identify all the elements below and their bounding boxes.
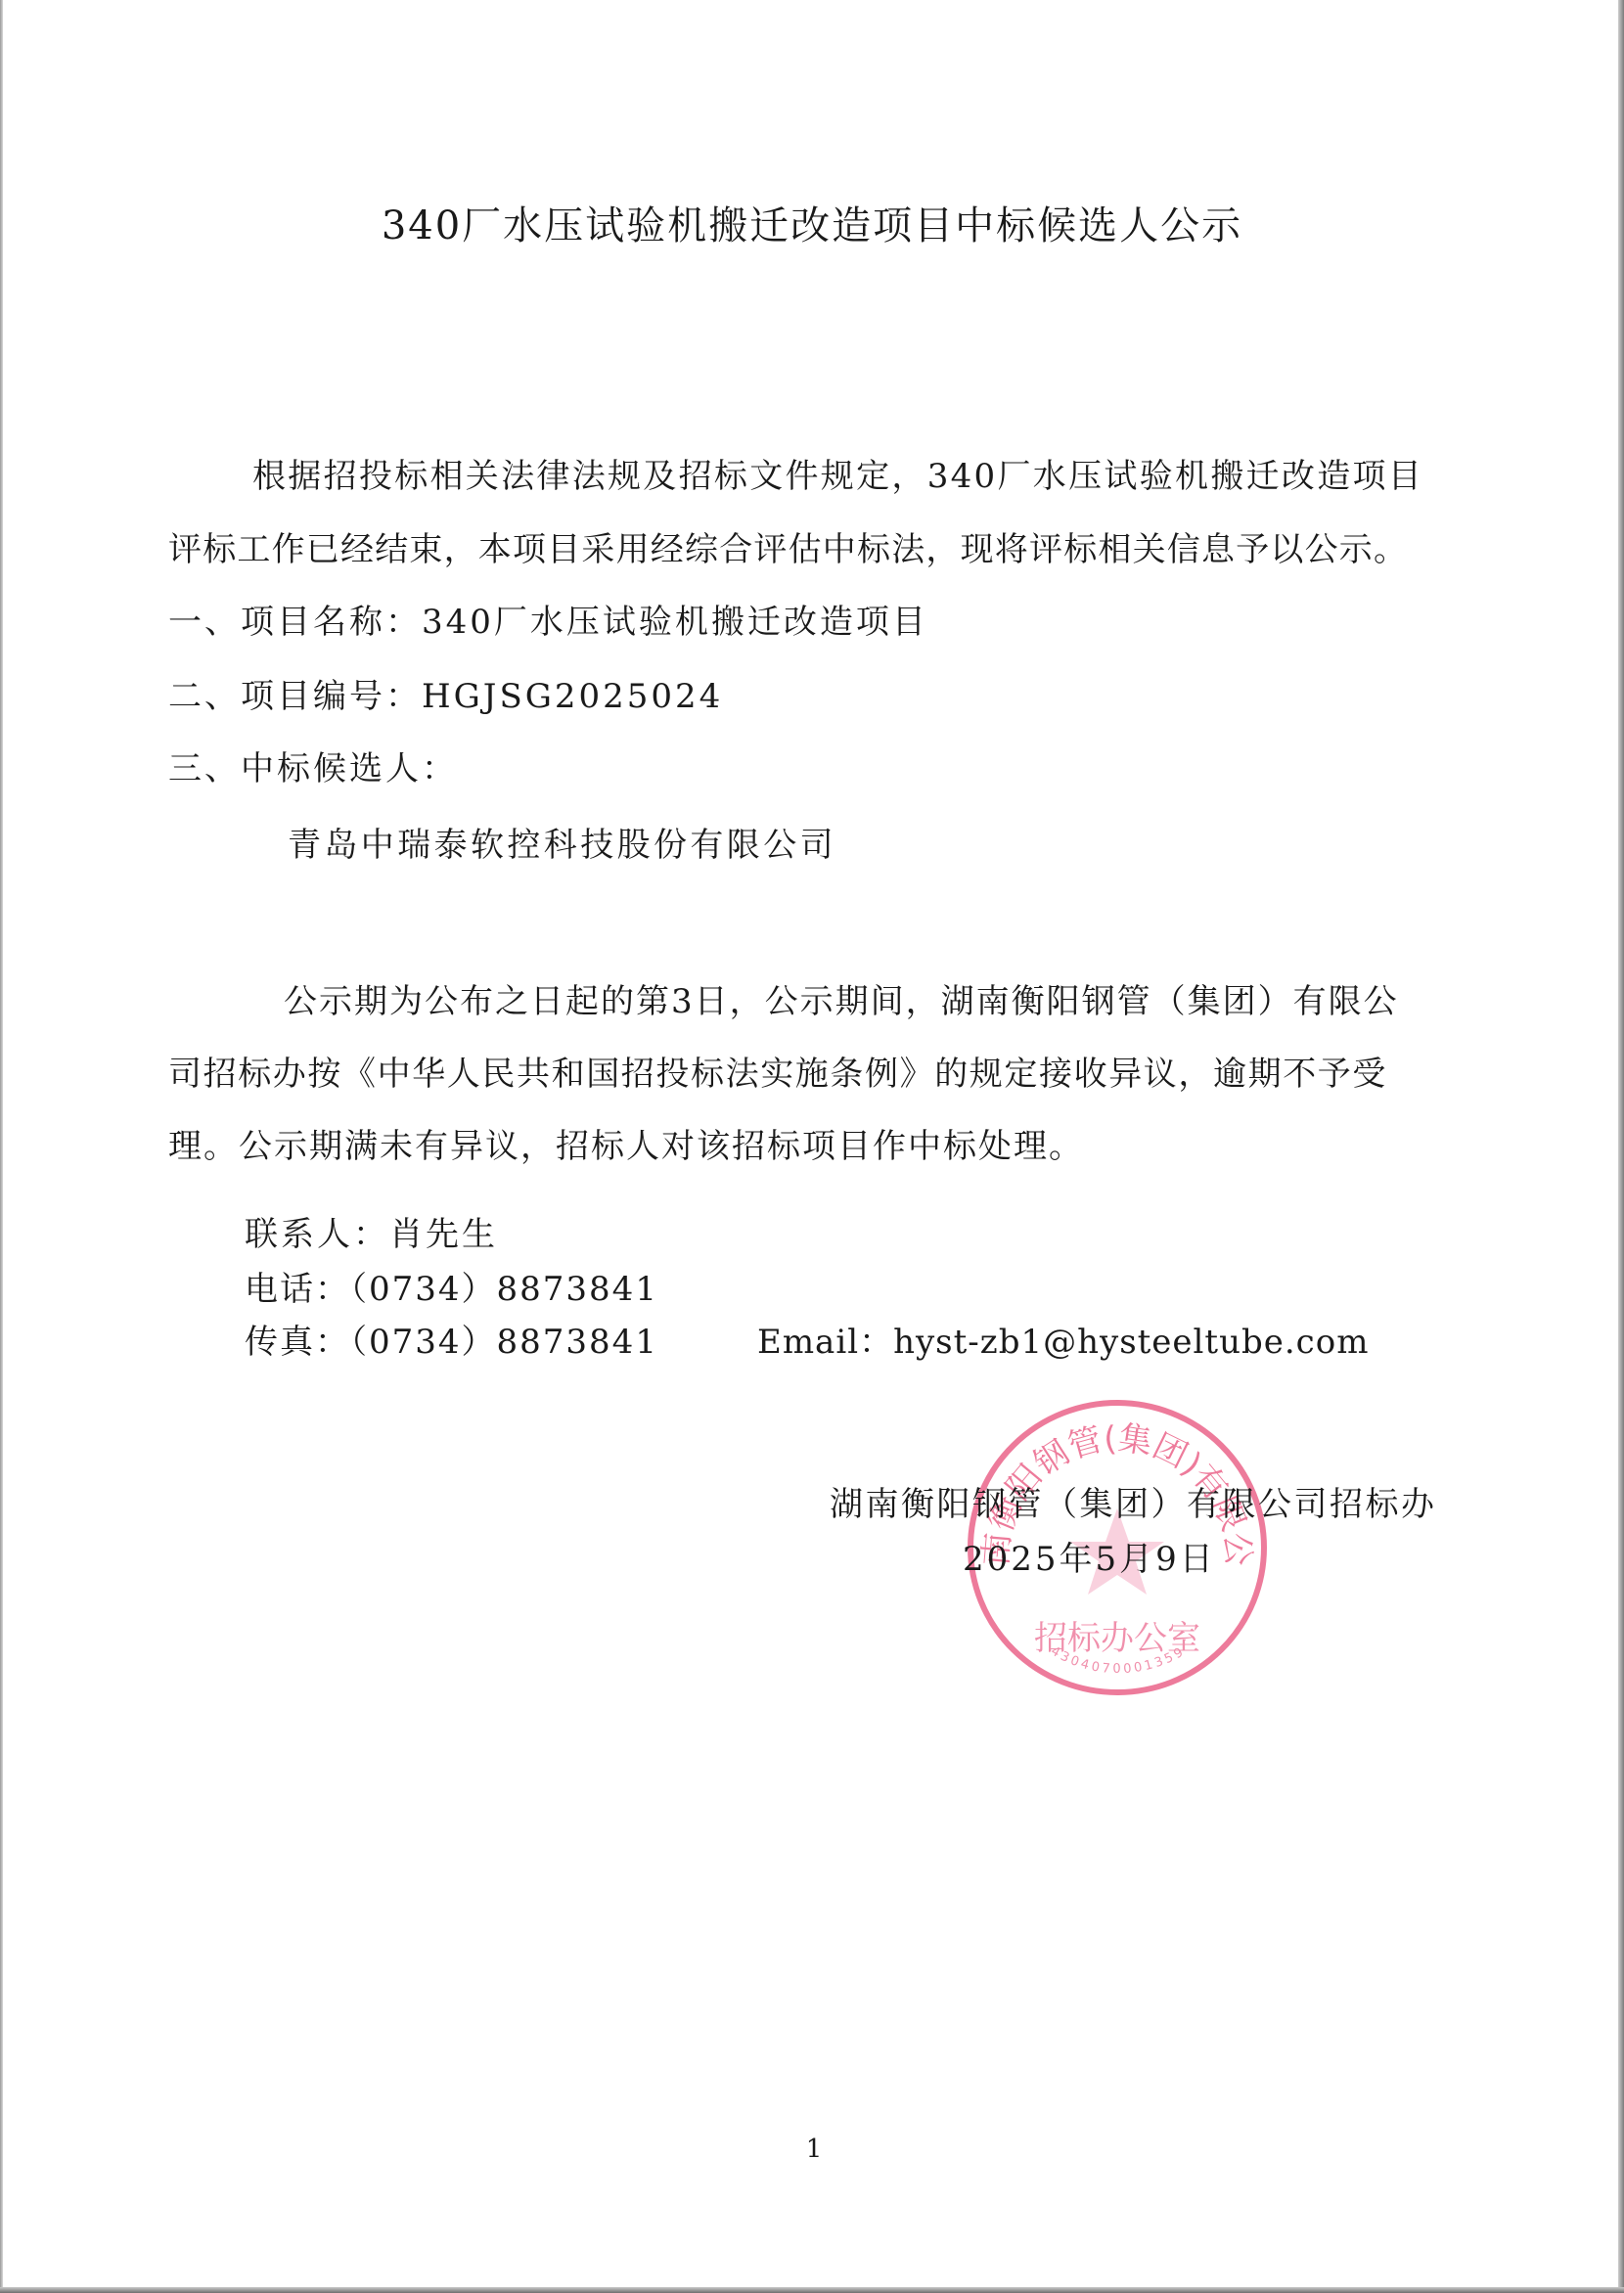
notice-paragraph-line-2: 司招标办按《中华人民共和国招投标法实施条例》的规定接收异议，逾期不予受 [168, 1053, 1387, 1096]
winning-candidate-name: 青岛中瑞泰软控科技股份有限公司 [288, 824, 836, 867]
signature-organization: 湖南衡阳钢管（集团）有限公司招标办 [830, 1483, 1437, 1526]
project-name-item: 一、项目名称：340厂水压试验机搬迁改造项目 [168, 601, 928, 644]
page-edge-bottom [0, 2287, 1624, 2293]
contact-person-value: 肖先生 [389, 1215, 498, 1254]
page-edge-right [1618, 0, 1624, 2293]
contact-fax-label: 传真： [245, 1323, 350, 1362]
contact-person-label: 联系人： [245, 1215, 389, 1254]
page-number: 1 [802, 2135, 826, 2164]
contact-email: Email：hyst-zb1@hysteeltube.com [757, 1321, 1369, 1364]
notice-paragraph-line-1: 公示期为公布之日起的第3日，公示期间，湖南衡阳钢管（集团）有限公 [284, 980, 1399, 1023]
document-page: 340厂水压试验机搬迁改造项目中标候选人公示 根据招投标相关法律法规及招标文件规… [0, 0, 1624, 2293]
intro-paragraph-line-1: 根据招投标相关法律法规及招标文件规定，340厂水压试验机搬迁改造项目 [252, 455, 1423, 498]
signature-date: 2025年5月9日 [963, 1538, 1216, 1581]
intro-paragraph-line-2: 评标工作已经结束，本项目采用经综合评估中标法，现将评标相关信息予以公示。 [168, 528, 1408, 571]
contact-email-label: Email： [757, 1323, 893, 1362]
contact-fax-value: （0734）8873841 [350, 1323, 658, 1362]
page-edge-left [0, 0, 3, 2293]
contact-fax: 传真：（0734）8873841 [245, 1321, 658, 1364]
project-number-item: 二、项目编号：HGJSG2025024 [168, 675, 723, 718]
contact-phone-value: （0734）8873841 [350, 1270, 658, 1309]
winning-candidate-item: 三、中标候选人： [168, 747, 458, 790]
project-number-value: HGJSG2025024 [422, 677, 723, 716]
project-name-value: 340厂水压试验机搬迁改造项目 [422, 603, 928, 642]
contact-person: 联系人：肖先生 [245, 1213, 498, 1256]
project-name-label: 一、项目名称： [168, 603, 422, 642]
contact-email-value[interactable]: hyst-zb1@hysteeltube.com [893, 1323, 1369, 1362]
winning-candidate-label: 三、中标候选人： [168, 749, 458, 788]
project-number-label: 二、项目编号： [168, 677, 422, 716]
contact-phone: 电话：（0734）8873841 [245, 1268, 658, 1311]
notice-paragraph-line-3: 理。公示期满未有异议，招标人对该招标项目作中标处理。 [168, 1125, 1084, 1168]
document-title: 340厂水压试验机搬迁改造项目中标候选人公示 [0, 202, 1624, 250]
contact-phone-label: 电话： [245, 1270, 350, 1309]
